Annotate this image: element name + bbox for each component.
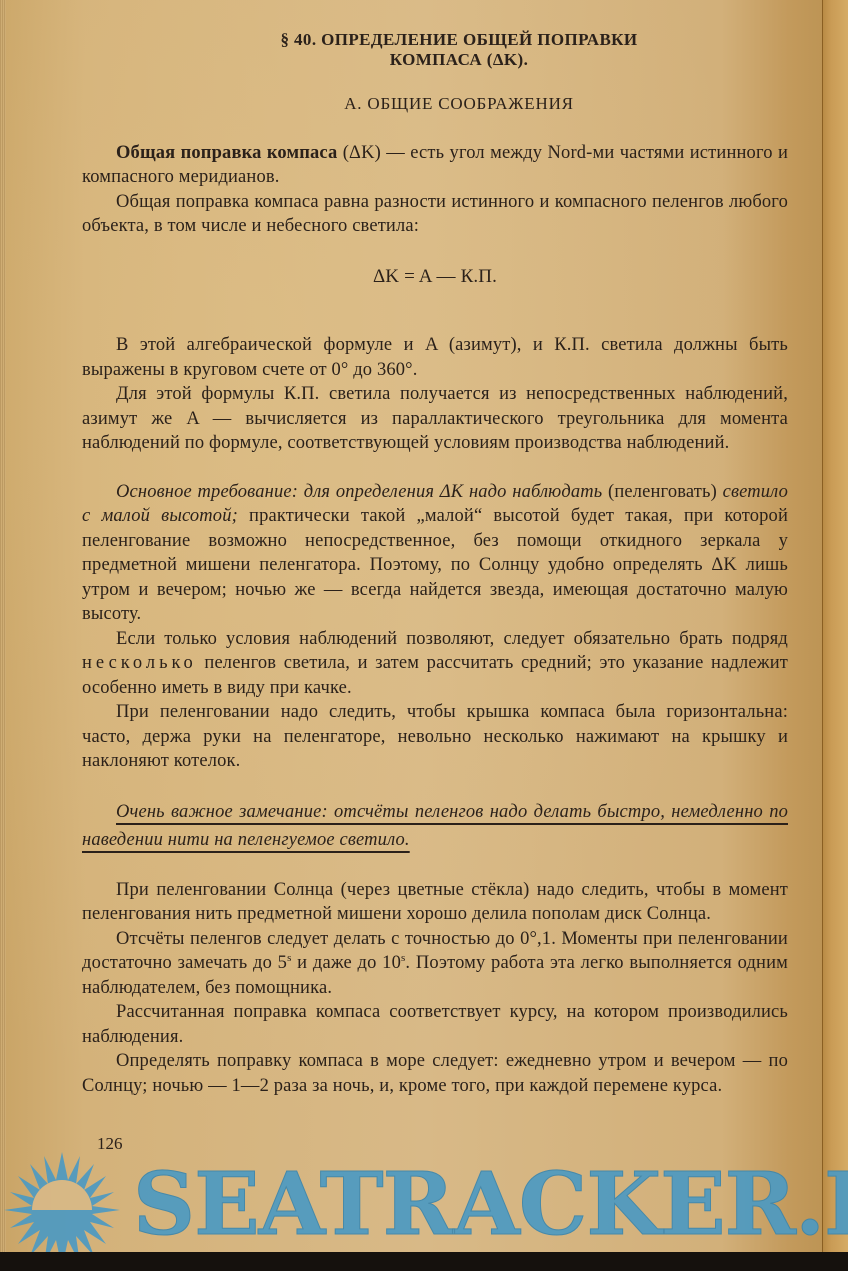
emphasis-spaced: несколько [82,653,197,673]
accuracy-paragraph: Отсчёты пеленгов следует делать с точнос… [82,927,788,1001]
subsection-title: А. ОБЩИЕ СООБРАЖЕНИЯ [130,92,788,117]
lid-paragraph: При пеленговании надо следить, чтобы кры… [82,700,788,774]
important-note: Очень важное замечание: отсчёты пеленгов… [82,798,788,854]
requirement-paragraph: Основное требование: для определения ΔK … [82,480,788,627]
formula: ΔK = A — К.П. [82,265,788,290]
requirement-lead: Основное требование: для определения ΔK … [116,482,602,502]
section-title-line-2: КОМПАСА (ΔK). [130,50,788,70]
section-title-line-1: § 40. ОПРЕДЕЛЕНИЕ ОБЩЕЙ ПОПРАВКИ [130,30,788,50]
watermark-text: SEATRACKER.RU [133,1162,848,1248]
scan-bottom-edge [0,1252,848,1271]
definition-symbol: (ΔK) [337,143,381,163]
book-page: § 40. ОПРЕДЕЛЕНИЕ ОБЩЕЙ ПОПРАВКИ КОМПАСА… [0,0,848,1258]
schedule-paragraph: Определять поправку компаса в море следу… [82,1049,788,1098]
section-title: § 40. ОПРЕДЕЛЕНИЕ ОБЩЕЙ ПОПРАВКИ КОМПАСА… [130,30,788,70]
requirement-paren: (пеленговать) [602,482,722,502]
formula-paragraph-1: В этой алгебраической формуле и A (азиму… [82,333,788,382]
sun-paragraph: При пеленговании Солнца (через цветные с… [82,878,788,927]
book-gutter [822,0,848,1258]
course-paragraph: Рассчитанная поправка компаса соответств… [82,1000,788,1049]
formula-paragraph-2: Для этой формулы К.П. светила получается… [82,382,788,456]
definition-term: Общая поправка компаса [116,143,337,163]
page-content: § 40. ОПРЕДЕЛЕНИЕ ОБЩЕЙ ПОПРАВКИ КОМПАСА… [82,30,788,1098]
page-edge [0,0,6,1258]
difference-paragraph: Общая поправка компаса равна разности ис… [82,190,788,239]
several-bearings-paragraph: Если только условия наблюдений позволяют… [82,627,788,701]
definition-paragraph: Общая поправка компаса (ΔK) — есть угол … [82,141,788,190]
